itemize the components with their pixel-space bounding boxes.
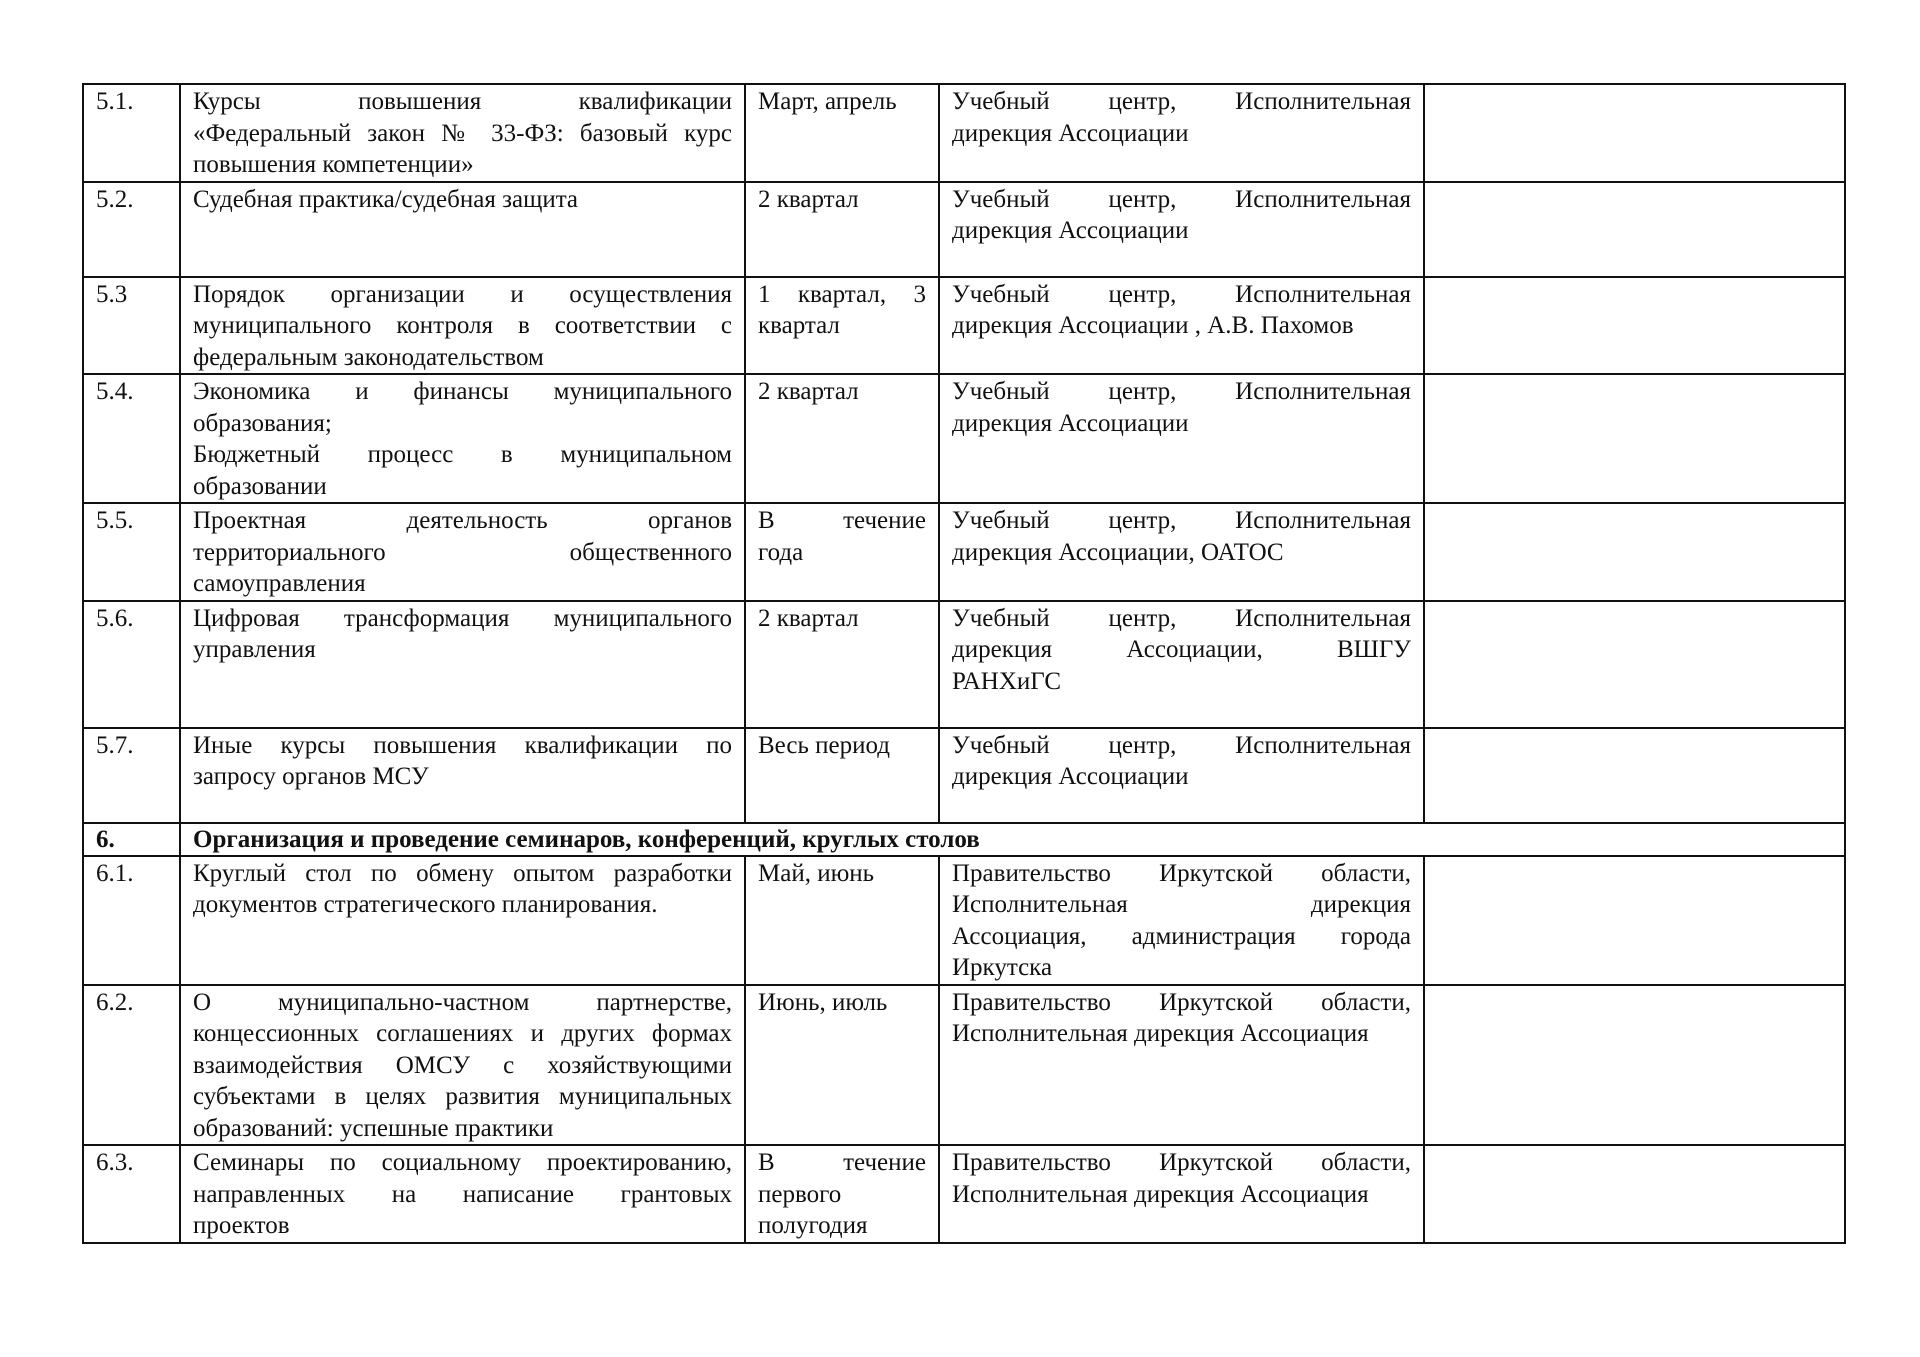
item-number: 5.4. — [83, 374, 180, 503]
item-period: 1 квартал, 3квартал — [745, 277, 939, 375]
table-row: 5.1.Курсы повышения квалификации«Федерал… — [83, 84, 1845, 182]
item-period-line: Май, июнь — [758, 858, 926, 890]
item-note — [1424, 84, 1845, 182]
item-period: В течениегода — [745, 503, 939, 601]
item-title: Проектная деятельность органовтерриториа… — [180, 503, 745, 601]
item-title-line: Проектная деятельность органов — [193, 505, 732, 537]
item-period-line: квартал — [758, 310, 926, 342]
item-title-line: взаимодействия ОМСУ с хозяйствующими — [193, 1050, 732, 1082]
item-responsible-line: Учебный центр, Исполнительная — [952, 603, 1411, 635]
item-period-line: 2 квартал — [758, 184, 926, 216]
item-responsible-line: дирекция Ассоциации, ОАТОС — [952, 537, 1411, 569]
item-responsible-line: Учебный центр, Исполнительная — [952, 376, 1411, 408]
item-title-line: Иные курсы повышения квалификации по — [193, 730, 732, 762]
table-row: 5.5.Проектная деятельность органовтеррит… — [83, 503, 1845, 601]
item-number: 5.6. — [83, 601, 180, 728]
item-title-line: Цифровая трансформация муниципального — [193, 603, 732, 635]
item-title: Судебная практика/судебная защита — [180, 182, 745, 277]
item-responsible-line: дирекция Ассоциации — [952, 408, 1411, 440]
item-note — [1424, 503, 1845, 601]
item-title-line: образований: успешные практики — [193, 1113, 732, 1145]
item-responsible-line: Учебный центр, Исполнительная — [952, 279, 1411, 311]
item-responsible-line: дирекция Ассоциации — [952, 761, 1411, 793]
item-number: 6.2. — [83, 985, 180, 1146]
item-number: 5.2. — [83, 182, 180, 277]
item-responsible-line: Иркутска — [952, 952, 1411, 984]
item-responsible: Учебный центр, Исполнительнаядирекция Ас… — [939, 503, 1424, 601]
item-responsible: Правительство Иркутской области,Исполнит… — [939, 985, 1424, 1146]
item-period: 2 квартал — [745, 374, 939, 503]
item-responsible: Правительство Иркутской области,Исполнит… — [939, 856, 1424, 985]
item-period: Весь период — [745, 728, 939, 823]
table-row: 6.1.Круглый стол по обмену опытом разраб… — [83, 856, 1845, 985]
item-title-line: Порядок организации и осуществления — [193, 279, 732, 311]
table-row: 5.6.Цифровая трансформация муниципальног… — [83, 601, 1845, 728]
item-title: О муниципально-частном партнерстве,конце… — [180, 985, 745, 1146]
item-title: Курсы повышения квалификации«Федеральный… — [180, 84, 745, 182]
item-title-line: «Федеральный закон № 33-ФЗ: базовый курс — [193, 118, 732, 150]
item-period-line: Июнь, июль — [758, 987, 926, 1019]
plan-table: 5.1.Курсы повышения квалификации«Федерал… — [82, 83, 1846, 1244]
item-period-line: В течение — [758, 1147, 926, 1179]
item-number: 5.5. — [83, 503, 180, 601]
item-responsible-line: Правительство Иркутской области, — [952, 1147, 1411, 1179]
item-responsible-line: Учебный центр, Исполнительная — [952, 505, 1411, 537]
item-title-line: документов стратегического планирования. — [193, 889, 732, 921]
section-title: Организация и проведение семинаров, конф… — [180, 823, 1845, 856]
item-title-line: проектов — [193, 1210, 732, 1242]
item-period-line: В течение — [758, 505, 926, 537]
item-responsible: Учебный центр, Исполнительнаядирекция Ас… — [939, 601, 1424, 728]
item-responsible: Правительство Иркутской области,Исполнит… — [939, 1145, 1424, 1243]
item-title: Экономика и финансы муниципальногообразо… — [180, 374, 745, 503]
item-title-line: образовании — [193, 471, 732, 503]
table-row: 6.2.О муниципально-частном партнерстве,к… — [83, 985, 1845, 1146]
item-title-line: муниципального контроля в соответствии с — [193, 310, 732, 342]
item-responsible-line: Учебный центр, Исполнительная — [952, 86, 1411, 118]
item-period-line: Весь период — [758, 730, 926, 762]
item-title-line: направленных на написание грантовых — [193, 1179, 732, 1211]
item-number: 5.1. — [83, 84, 180, 182]
item-responsible-line: дирекция Ассоциации — [952, 215, 1411, 247]
item-title-line: концессионных соглашениях и других форма… — [193, 1018, 732, 1050]
item-title-line: Экономика и финансы муниципального — [193, 376, 732, 408]
item-title-line: запросу органов МСУ — [193, 761, 732, 793]
item-responsible: Учебный центр, Исполнительнаядирекция Ас… — [939, 374, 1424, 503]
item-period: 2 квартал — [745, 601, 939, 728]
item-title-line: управления — [193, 634, 732, 666]
item-title-line: Бюджетный процесс в муниципальном — [193, 439, 732, 471]
item-title: Семинары по социальному проектированию,н… — [180, 1145, 745, 1243]
item-note — [1424, 601, 1845, 728]
item-responsible-line: Учебный центр, Исполнительная — [952, 730, 1411, 762]
item-title-line: Курсы повышения квалификации — [193, 86, 732, 118]
item-responsible-line: Ассоциация, администрация города — [952, 921, 1411, 953]
item-title-line: самоуправления — [193, 568, 732, 600]
item-title: Цифровая трансформация муниципальногоупр… — [180, 601, 745, 728]
item-number: 5.3 — [83, 277, 180, 375]
item-responsible-line: РАНХиГС — [952, 666, 1411, 698]
item-responsible: Учебный центр, Исполнительнаядирекция Ас… — [939, 84, 1424, 182]
item-title: Порядок организации и осуществлениямуниц… — [180, 277, 745, 375]
item-period: Март, апрель — [745, 84, 939, 182]
item-title: Иные курсы повышения квалификации позапр… — [180, 728, 745, 823]
table-row: 6.3.Семинары по социальному проектирован… — [83, 1145, 1845, 1243]
item-title-line: федеральным законодательством — [193, 342, 732, 374]
item-responsible-line: дирекция Ассоциации , А.В. Пахомов — [952, 310, 1411, 342]
item-title-line: О муниципально-частном партнерстве, — [193, 987, 732, 1019]
item-note — [1424, 182, 1845, 277]
item-responsible-line: Учебный центр, Исполнительная — [952, 184, 1411, 216]
item-note — [1424, 277, 1845, 375]
item-responsible: Учебный центр, Исполнительнаядирекция Ас… — [939, 182, 1424, 277]
item-period: 2 квартал — [745, 182, 939, 277]
item-title-line: субъектами в целях развития муниципальны… — [193, 1081, 732, 1113]
item-number: 5.7. — [83, 728, 180, 823]
item-responsible-line: Исполнительная дирекция — [952, 889, 1411, 921]
item-note — [1424, 1145, 1845, 1243]
item-title-line: Судебная практика/судебная защита — [193, 184, 732, 216]
item-responsible-line: дирекция Ассоциации — [952, 118, 1411, 150]
table-row: 5.3Порядок организации и осуществленияму… — [83, 277, 1845, 375]
table-row: 5.7.Иные курсы повышения квалификации по… — [83, 728, 1845, 823]
item-title-line: образования; — [193, 408, 732, 440]
item-period-line: 1 квартал, 3 — [758, 279, 926, 311]
table-row: 5.2.Судебная практика/судебная защита2 к… — [83, 182, 1845, 277]
item-period-line: года — [758, 537, 926, 569]
item-title-line: Семинары по социальному проектированию, — [193, 1147, 732, 1179]
item-title-line: Круглый стол по обмену опытом разработки — [193, 858, 732, 890]
section-number: 6. — [83, 823, 180, 856]
item-title-line: территориального общественного — [193, 537, 732, 569]
item-title: Круглый стол по обмену опытом разработки… — [180, 856, 745, 985]
item-period: Июнь, июль — [745, 985, 939, 1146]
item-responsible: Учебный центр, Исполнительнаядирекция Ас… — [939, 728, 1424, 823]
item-responsible-line: дирекция Ассоциации, ВШГУ — [952, 634, 1411, 666]
item-number: 6.3. — [83, 1145, 180, 1243]
plan-table-body: 5.1.Курсы повышения квалификации«Федерал… — [83, 84, 1845, 1243]
item-period-line: полугодия — [758, 1210, 926, 1242]
item-responsible: Учебный центр, Исполнительнаядирекция Ас… — [939, 277, 1424, 375]
item-period: Май, июнь — [745, 856, 939, 985]
item-responsible-line: Правительство Иркутской области, — [952, 858, 1411, 890]
item-period-line: первого — [758, 1179, 926, 1211]
item-period-line: 2 квартал — [758, 376, 926, 408]
item-responsible-line: Исполнительная дирекция Ассоциация — [952, 1018, 1411, 1050]
item-note — [1424, 374, 1845, 503]
item-responsible-line: Правительство Иркутской области, — [952, 987, 1411, 1019]
item-number: 6.1. — [83, 856, 180, 985]
item-note — [1424, 728, 1845, 823]
table-row: 5.4.Экономика и финансы муниципальногооб… — [83, 374, 1845, 503]
item-responsible-line: Исполнительная дирекция Ассоциация — [952, 1179, 1411, 1211]
section-row: 6.Организация и проведение семинаров, ко… — [83, 823, 1845, 856]
item-period-line: Март, апрель — [758, 86, 926, 118]
item-title-line: повышения компетенции» — [193, 149, 732, 181]
item-note — [1424, 856, 1845, 985]
item-note — [1424, 985, 1845, 1146]
item-period-line: 2 квартал — [758, 603, 926, 635]
item-period: В течениепервогополугодия — [745, 1145, 939, 1243]
